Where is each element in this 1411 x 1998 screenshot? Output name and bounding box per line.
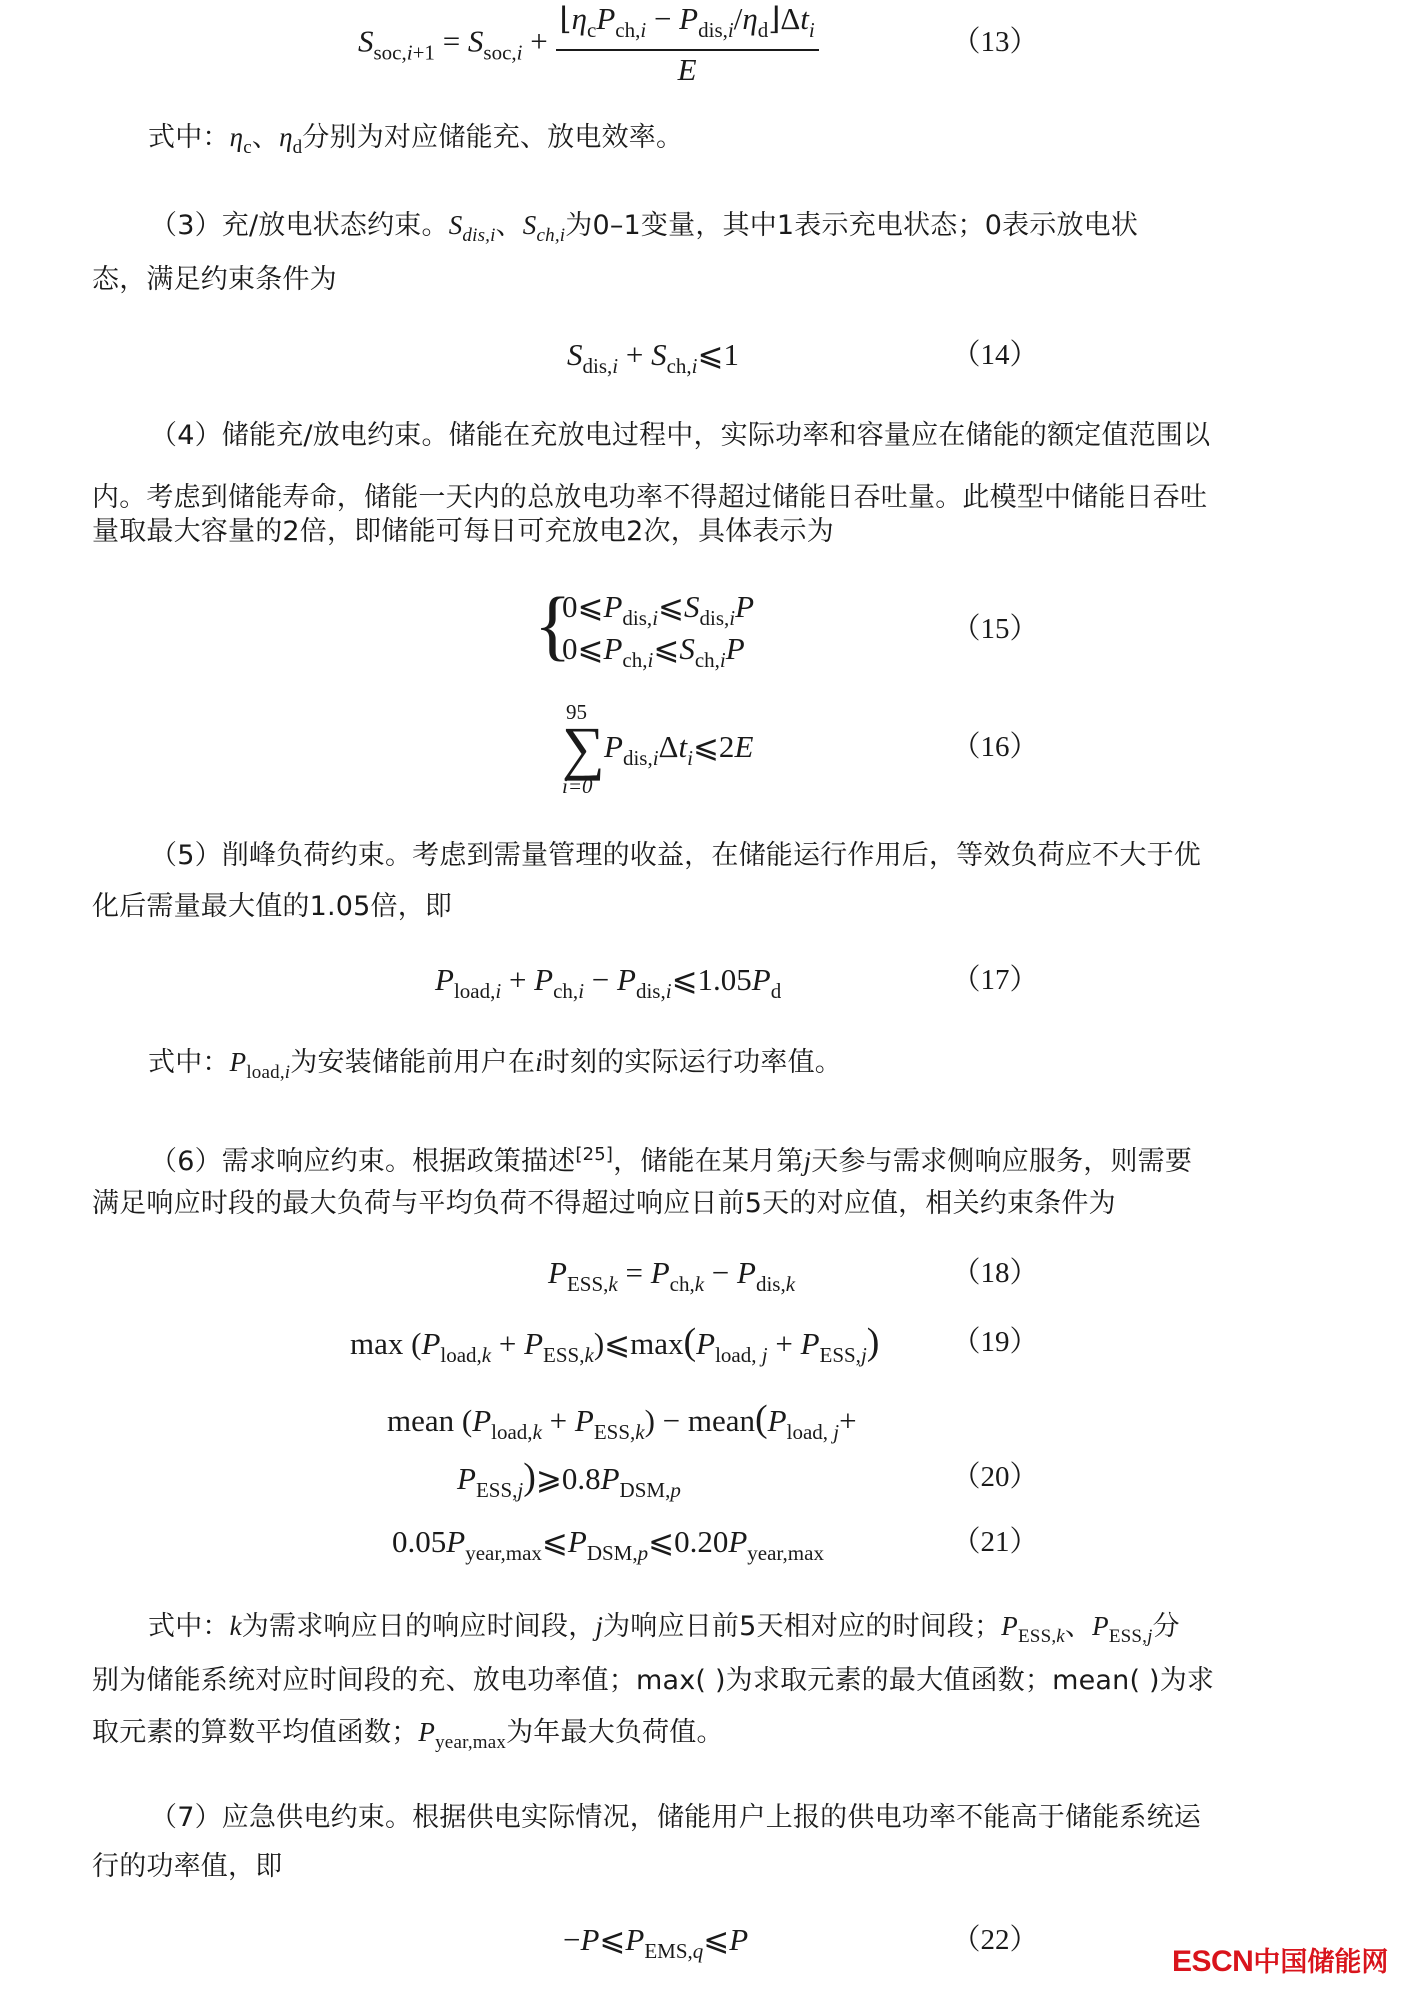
paragraph-5-line2: 化后需量最大值的1.05倍，即: [92, 893, 1292, 921]
paragraph-4-line2: 内。考虑到储能寿命，储能一天内的总放电功率不得超过储能日吞吐量。此模型中储能日吞…: [92, 484, 1292, 512]
equation-20-line2: PESS,j)⩾0.8PDSM,p: [457, 1460, 681, 1507]
equation-22: −P⩽PEMS,q⩽P: [563, 1923, 748, 1968]
equation-number-16: （16）: [950, 730, 1040, 764]
equation-15-line2: 0⩽Pch,i⩽Sch,iP: [562, 632, 745, 677]
eta-d-symbol: ηd: [279, 122, 302, 152]
paragraph-3-line1: （3）充/放电状态约束。Sdis,i、Sch,i为0–1变量，其中1表示充电状态…: [150, 211, 1350, 250]
equation-number-17: （17）: [950, 963, 1040, 997]
equation-16: Pdis,iΔti⩽2E: [604, 730, 753, 775]
sum-lower-limit: i=0: [562, 774, 593, 799]
paragraph-kj-line1: 式中：k为需求响应日的响应时间段，j为响应日前5天相对应的时间段；PESS,k、…: [148, 1612, 1348, 1651]
paragraph-7-line1: （7）应急供电约束。根据供电实际情况，储能用户上报的供电功率不能高于储能系统运: [150, 1804, 1350, 1832]
paragraph-kj-line3: 取元素的算数平均值函数；Pyear,max为年最大负荷值。: [92, 1718, 1292, 1757]
equation-number-22: （22）: [950, 1923, 1040, 1957]
equation-number-14: （14）: [950, 338, 1040, 372]
sum-icon: ∑: [562, 718, 605, 778]
paragraph-3-line2: 态，满足约束条件为: [92, 266, 1292, 294]
equation-13: Ssoc,i+1 = Ssoc,i + ⌊ηcPch,i − Pdis,i/ηd…: [358, 2, 819, 87]
equation-20-line1: mean (Pload,k + PESS,k) − mean(Pload, j+: [387, 1402, 857, 1449]
equation-21: 0.05Pyear,max⩽PDSM,p⩽0.20Pyear,max: [392, 1525, 824, 1570]
escn-watermark-logo: ESCN中国储能网: [1172, 1940, 1388, 1979]
equation-number-19: （19）: [950, 1325, 1040, 1359]
equation-number-13: （13）: [950, 25, 1040, 59]
equation-14: Sdis,i + Sch,i⩽1: [567, 338, 739, 383]
eta-c-symbol: ηc: [230, 122, 252, 152]
equation-number-15: （15）: [950, 612, 1040, 646]
paragraph-4-line1: （4）储能充/放电约束。储能在充放电过程中，实际功率和容量应在储能的额定值范围以: [150, 422, 1350, 450]
paragraph-efficiency: 式中：ηc、ηd分别为对应储能充、放电效率。: [148, 123, 1348, 162]
citation-link[interactable]: [25]: [575, 1144, 613, 1165]
paragraph-6-line1: （6）需求响应约束。根据政策描述[25]，储能在某月第j天参与需求侧响应服务，则…: [150, 1141, 1350, 1176]
paragraph-kj-line2: 别为储能系统对应时间段的充、放电功率值；max( )为求取元素的最大值函数；me…: [92, 1667, 1292, 1695]
equation-number-20: （20）: [950, 1460, 1040, 1494]
equation-19: max (Pload,k + PESS,k)⩽max(Pload, j + PE…: [350, 1325, 879, 1372]
equation-18: PESS,k = Pch,k − Pdis,k: [548, 1256, 795, 1301]
paragraph-7-line2: 行的功率值，即: [92, 1853, 1292, 1881]
equation-17: Pload,i + Pch,i − Pdis,i⩽1.05Pd: [435, 963, 781, 1008]
paragraph-6-line2: 满足响应时段的最大负荷与平均负荷不得超过响应日前5天的对应值，相关约束条件为: [92, 1190, 1292, 1218]
equation-number-21: （21）: [950, 1525, 1040, 1559]
equation-number-18: （18）: [950, 1256, 1040, 1290]
paragraph-5-line1: （5）削峰负荷约束。考虑到需量管理的收益，在储能运行作用后，等效负荷应不大于优: [150, 842, 1350, 870]
paragraph-pload: 式中：Pload,i为安装储能前用户在i时刻的实际运行功率值。: [148, 1048, 1348, 1087]
paragraph-4-line3: 量取最大容量的2倍，即储能可每日可充放电2次，具体表示为: [92, 518, 1292, 546]
equation-15-line1: 0⩽Pdis,i⩽Sdis,iP: [562, 590, 754, 635]
